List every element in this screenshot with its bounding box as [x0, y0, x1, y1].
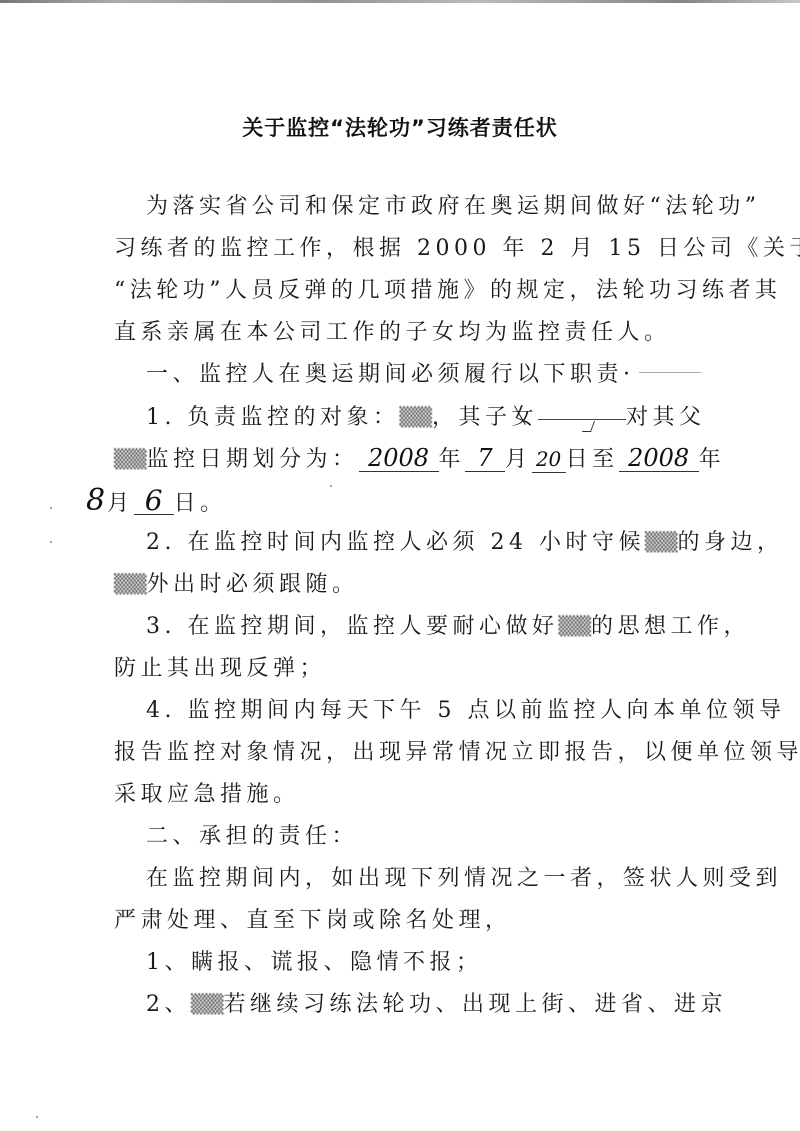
item2-prefix: 2、: [146, 992, 191, 1017]
section2-para-line1: 在监控期间内，如出现下列情况之一者，签状人则受到: [146, 864, 680, 894]
document-title: 关于监控“法轮功”习练者责任状: [0, 112, 800, 142]
intro-line-3: “法轮功”人员反弹的几项措施》的规定，法轮功习练者其: [114, 276, 680, 306]
handwritten-mark: [582, 421, 595, 432]
item3-text-b: 的思想工作，: [591, 614, 750, 639]
handwritten-start-year: 2008: [359, 445, 439, 472]
date-label: 监控日期划分为：: [147, 447, 359, 472]
section1-item1-line2: ▒▒▒监控日期划分为：2008年7月20日至2008年: [114, 445, 680, 475]
section1-item3-line2: 防止其出现反弹；: [114, 654, 680, 684]
intro-line-4: 直系亲属在本公司工作的子女均为监控责任人。: [114, 318, 680, 348]
struck-char: 女: [512, 403, 539, 433]
handwritten-start-day: 20: [532, 446, 566, 473]
trail-line: [639, 372, 701, 373]
item2-text-c: 外出时必须跟随。: [147, 572, 359, 597]
handwritten-start-month: 7: [465, 445, 505, 472]
scan-speck: [50, 541, 52, 543]
redacted-name: ▒▒▒: [114, 570, 147, 600]
section1-item2-line1: 2. 在监控时间内监控人必须 24 小时守候▒▒▒的身边，: [146, 528, 680, 558]
month-char: 月: [107, 491, 134, 516]
handwritten-end-day: 6: [134, 488, 174, 515]
end-punct: 日。: [174, 491, 227, 516]
document-page: 关于监控“法轮功”习练者责任状 为落实省公司和保定市政府在奥运期间做好“法轮功”…: [0, 0, 800, 1131]
intro-line-1: 为落实省公司和保定市政府在奥运期间做好“法轮功”: [146, 192, 680, 222]
section2-item2: 2、▒▒▒若继续习练法轮功、出现上街、进省、进京: [146, 990, 680, 1020]
section1-item3-line1: 3. 在监控期间，监控人要耐心做好▒▒▒的思想工作，: [146, 612, 680, 642]
scan-speck: [50, 507, 52, 509]
item1-prefix: 1. 负责监控的对象：: [146, 405, 399, 430]
item3-text-a: 3. 在监控期间，监控人要耐心做好: [146, 614, 559, 639]
scan-speck: [36, 1116, 38, 1118]
section1-item4-line2: 报告监控对象情况，出现异常情况立即报告，以便单位领导: [114, 738, 680, 768]
to-char: 至: [592, 447, 619, 472]
redacted-name: ▒▒▒: [559, 612, 592, 642]
section2-heading: 二、承担的责任：: [146, 822, 680, 852]
section1-item2-line2: ▒▒▒外出时必须跟随。: [114, 570, 680, 600]
section2-item1: 1、瞒报、谎报、隐情不报；: [146, 948, 680, 978]
section1-item4-line1: 4. 监控期间内每天下午 5 点以前监控人向本单位领导: [146, 696, 680, 726]
section1-heading-text: 一、监控人在奥运期间必须履行以下职责·: [146, 362, 635, 387]
redacted-name: ▒▒▒: [399, 403, 432, 433]
year-char: 年: [699, 447, 726, 472]
month-char: 月: [505, 447, 532, 472]
item1-mid: ，其子: [432, 405, 512, 430]
section1-item4-line3: 采取应急措施。: [114, 780, 680, 810]
section1-heading: 一、监控人在奥运期间必须履行以下职责·: [146, 360, 680, 390]
year-char: 年: [439, 447, 466, 472]
section2-para-line2: 严肃处理、直至下岗或除名处理，: [114, 906, 680, 936]
item2-rest: 若继续习练法轮功、出现上街、进省、进京: [224, 992, 728, 1017]
blank-field: [538, 419, 626, 420]
section1-item1-line3: 8月6日。: [86, 486, 652, 516]
handwritten-end-month: 8: [86, 486, 105, 516]
item1-after-blank: 对其父: [626, 405, 706, 430]
scan-speck: [330, 485, 332, 487]
intro-line-2: 习练者的监控工作，根据 2000 年 2 月 15 日公司《关于防止: [114, 234, 680, 264]
handwritten-end-year: 2008: [619, 445, 699, 472]
item2-text-a: 2. 在监控时间内监控人必须 24 小时守候: [146, 530, 645, 555]
redacted-name: ▒▒▒: [191, 990, 224, 1020]
redacted-name: ▒▒▒: [645, 528, 678, 558]
day-char: 日: [566, 447, 593, 472]
section1-item1-line1: 1. 负责监控的对象：▒▒▒，其子女对其父: [146, 403, 680, 433]
redacted-name: ▒▒▒: [114, 445, 147, 475]
item2-text-b: 的身边，: [677, 530, 783, 555]
